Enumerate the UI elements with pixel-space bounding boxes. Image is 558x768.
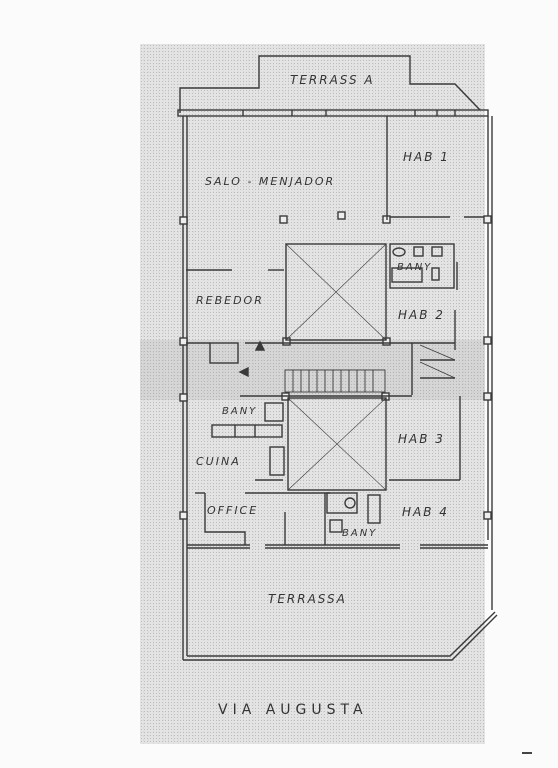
kitchen-sink: [270, 447, 284, 475]
label-terrassa-top: TERRASS A: [290, 73, 375, 87]
floor-plan-drawing: [0, 0, 558, 768]
label-bany2: BANY: [222, 406, 257, 417]
label-terrassa-bottom: TERRASSA: [268, 592, 347, 606]
label-cuina: CUINA: [196, 455, 241, 468]
columns: [180, 212, 491, 519]
bottom-terrace-outline: [187, 612, 495, 656]
scan-mark: [522, 752, 532, 754]
label-rebedor: REBEDOR: [196, 294, 264, 307]
label-salo-menjador: SALO - MENJADOR: [205, 175, 335, 188]
label-office: OFFICE: [207, 504, 258, 517]
north-facade-wall: [178, 110, 488, 116]
label-hab3: HAB 3: [398, 432, 445, 446]
label-hab2: HAB 2: [398, 308, 445, 322]
staircase: [285, 370, 385, 392]
bathroom-2: [265, 403, 283, 421]
label-hab4: HAB 4: [402, 505, 449, 519]
label-bany1: BANY: [397, 262, 432, 273]
label-bany3: BANY: [342, 528, 377, 539]
street-name: VIA AUGUSTA: [218, 702, 368, 718]
label-hab1: HAB 1: [403, 150, 450, 164]
